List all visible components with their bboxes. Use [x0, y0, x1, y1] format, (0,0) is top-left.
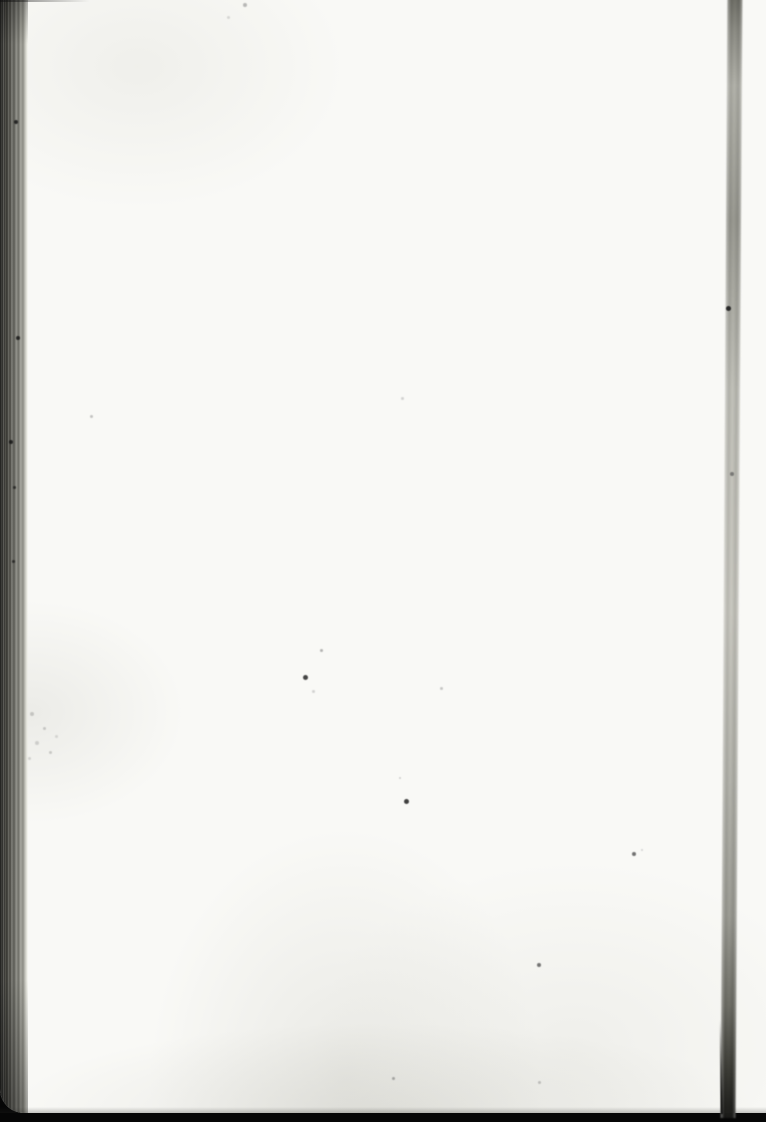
ink-speck: [537, 963, 541, 967]
ink-speck: [14, 120, 18, 124]
ink-speck: [726, 306, 731, 311]
ink-speck: [13, 486, 16, 489]
ink-speck: [16, 336, 20, 340]
ink-speck: [90, 415, 93, 418]
ink-speck: [632, 852, 636, 856]
ink-speck: [227, 16, 230, 19]
ink-speck: [440, 687, 443, 690]
ink-speck: [55, 735, 58, 738]
scanned-page: [0, 0, 766, 1122]
ink-speck: [404, 799, 409, 804]
ink-speck: [401, 397, 404, 400]
ink-speck: [30, 712, 34, 716]
ink-speck: [243, 3, 247, 7]
ink-speck: [312, 690, 315, 693]
ink-speck: [9, 440, 13, 444]
ink-speck: [399, 777, 401, 779]
speck-layer: [0, 0, 766, 1122]
ink-speck: [49, 751, 52, 754]
ink-speck: [641, 849, 643, 851]
ink-speck: [538, 1081, 541, 1084]
ink-speck: [12, 560, 15, 563]
ink-speck: [35, 741, 39, 745]
ink-speck: [28, 757, 31, 760]
ink-speck: [303, 675, 308, 680]
ink-speck: [730, 472, 734, 476]
ink-speck: [43, 727, 46, 730]
ink-speck: [392, 1077, 395, 1080]
ink-speck: [320, 649, 323, 652]
